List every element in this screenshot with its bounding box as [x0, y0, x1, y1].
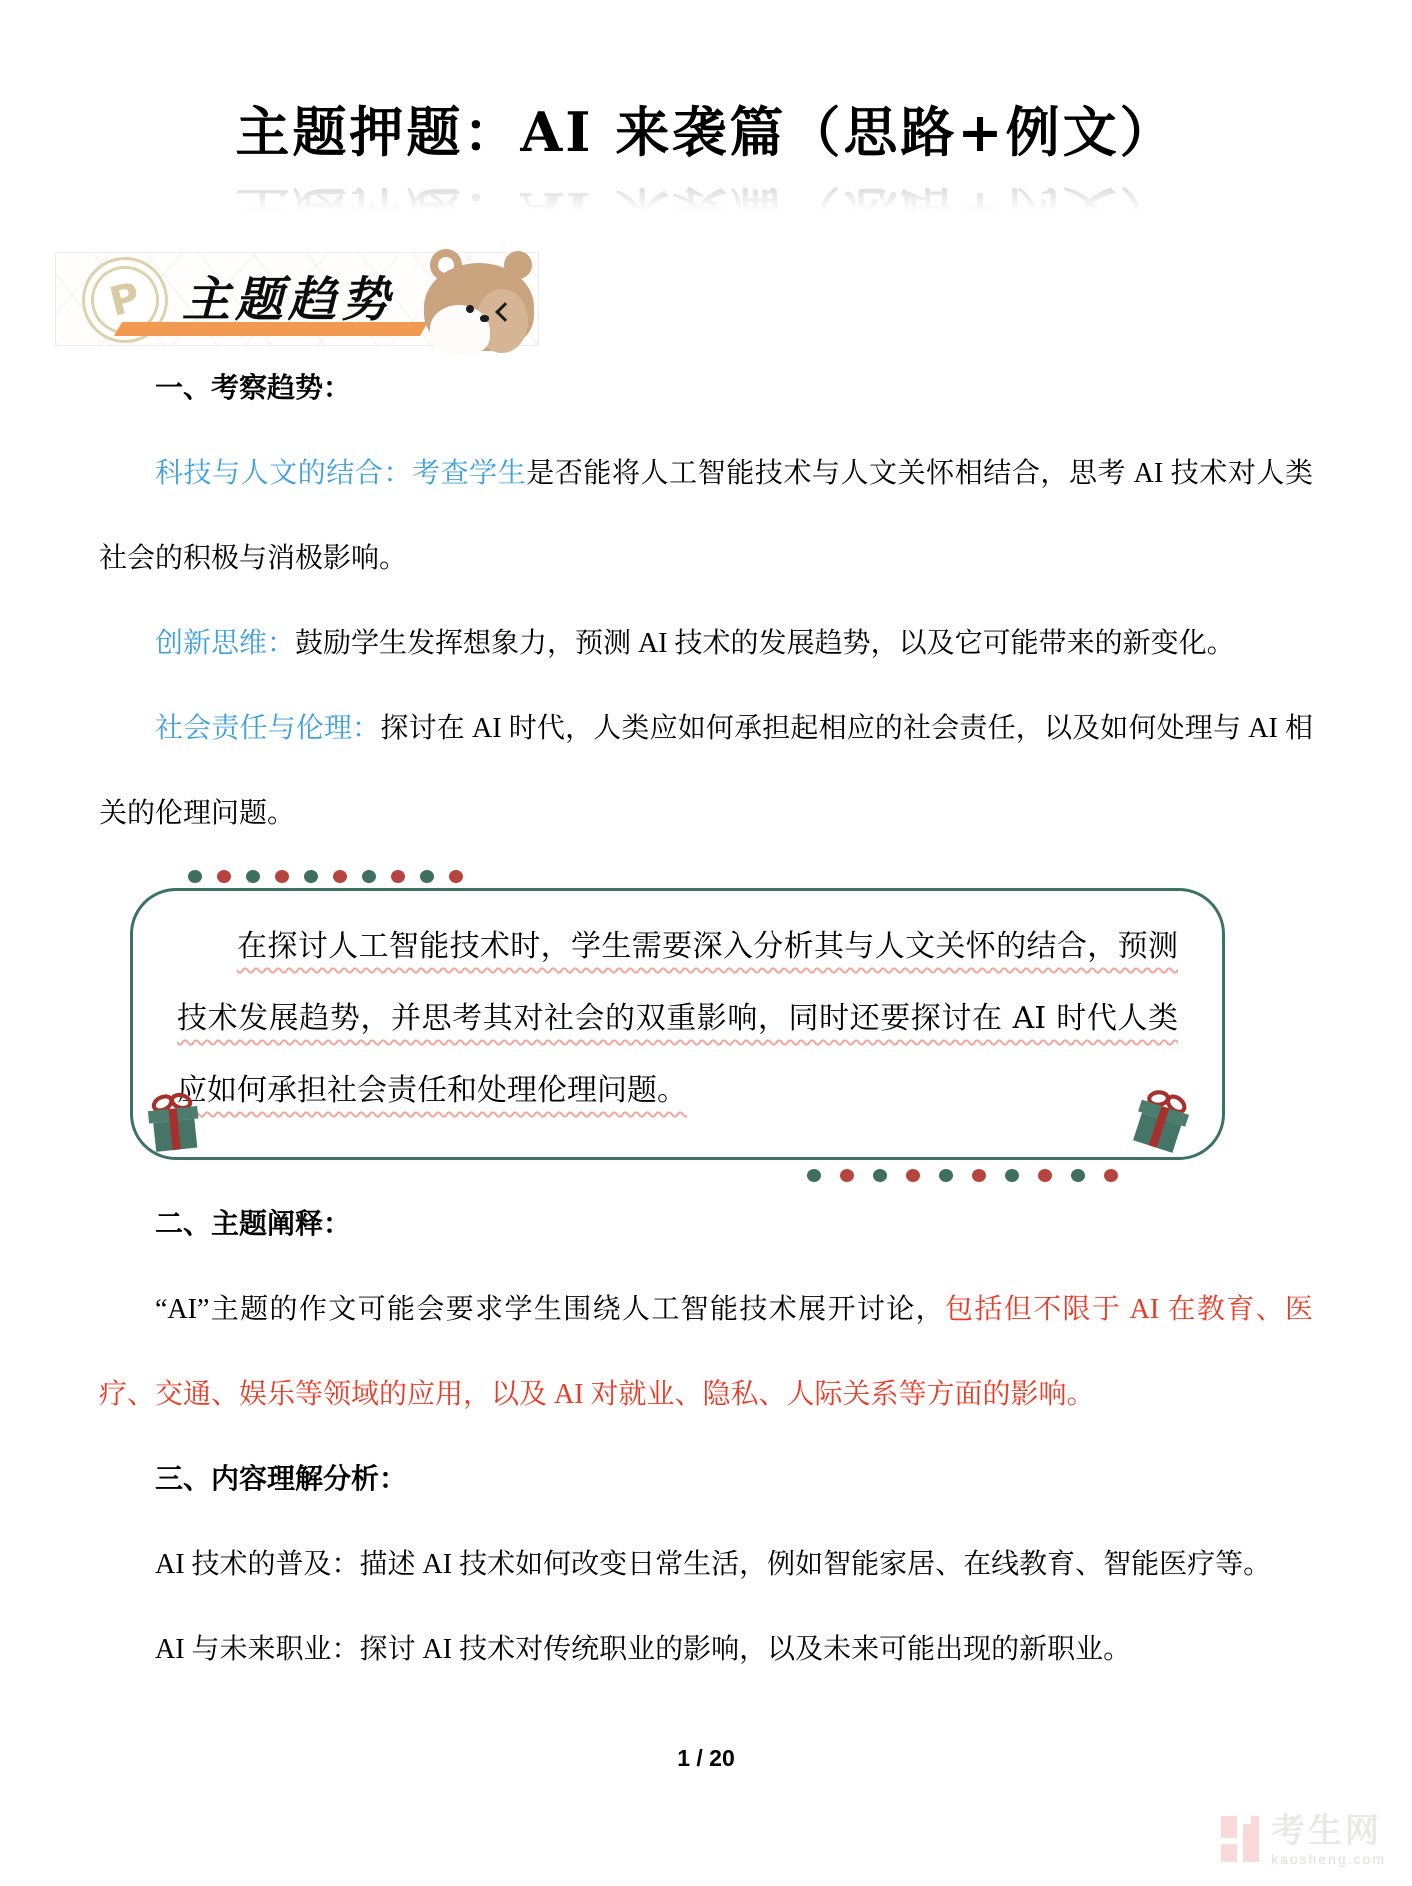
bear-mascot-icon	[420, 253, 536, 345]
paragraph-text: 鼓励学生发挥想象力，预测 AI 技术的发展趋势，以及它可能带来的新变化。	[295, 628, 1235, 659]
dot	[420, 870, 434, 883]
summary-note-box: 在探讨人工智能技术时，学生需要深入分析其与人文关怀的结合，预测技术发展趋势，并思…	[130, 888, 1225, 1160]
bear-muzzle	[430, 305, 490, 355]
dot	[1005, 1169, 1019, 1182]
paragraph-theme-explanation: “AI”主题的作文可能会要求学生围绕人工智能技术展开讨论，包括但不限于 AI 在…	[99, 1267, 1313, 1437]
page-number: 1 / 20	[0, 1745, 1412, 1772]
dot	[217, 870, 231, 883]
paragraph-lead-blue: 科技与人文的结合：考查学生	[155, 458, 526, 489]
dotted-divider-bottom	[807, 1169, 1412, 1182]
dot	[246, 870, 260, 883]
paragraph-tech-humanities: 科技与人文的结合：考查学生是否能将人工智能技术与人文关怀相结合，思考 AI 技术…	[99, 431, 1313, 601]
dotted-divider-top	[188, 870, 1412, 883]
title-block: 主题押题：AI 来袭篇（思路+例文） 主题押题：AI 来袭篇（思路+例文）	[0, 92, 1412, 216]
dot	[304, 870, 318, 883]
dot	[906, 1169, 920, 1182]
watermark-text: 考生网 kaosheng.com	[1271, 1814, 1386, 1866]
bear-head	[424, 263, 534, 351]
dot	[1104, 1169, 1118, 1182]
dot	[873, 1169, 887, 1182]
section-heading-theme-explanation: 二、主题阐释：	[99, 1182, 1313, 1267]
dot	[391, 870, 405, 883]
paragraph-ai-future-jobs: AI 与未来职业：探讨 AI 技术对传统职业的影响，以及未来可能出现的新职业。	[99, 1607, 1313, 1692]
dot	[362, 870, 376, 883]
dot	[449, 870, 463, 883]
document-body: 一、考察趋势： 科技与人文的结合：考查学生是否能将人工智能技术与人文关怀相结合，…	[0, 346, 1412, 856]
paragraph-text: “AI”主题的作文可能会要求学生围绕人工智能技术展开讨论，	[155, 1294, 945, 1325]
document-body-lower: 二、主题阐释： “AI”主题的作文可能会要求学生围绕人工智能技术展开讨论，包括但…	[0, 1182, 1412, 1692]
site-watermark: 考生网 kaosheng.com	[1221, 1814, 1386, 1866]
watermark-site-domain: kaosheng.com	[1271, 1852, 1386, 1866]
topic-trend-banner: P 主题趋势	[55, 252, 539, 346]
title-reflection: 主题押题：AI 来袭篇（思路+例文）	[0, 172, 1412, 216]
section-heading-content-analysis: 三、内容理解分析：	[99, 1437, 1313, 1522]
watermark-logo-icon	[1221, 1814, 1261, 1864]
dot	[1038, 1169, 1052, 1182]
paragraph-social-responsibility: 社会责任与伦理：探讨在 AI 时代，人类应如何承担起相应的社会责任，以及如何处理…	[99, 686, 1313, 856]
dot	[840, 1169, 854, 1182]
section-heading-exam-trends: 一、考察趋势：	[99, 346, 1313, 431]
p-coin-icon: P	[73, 248, 177, 352]
dot	[939, 1169, 953, 1182]
paragraph-lead-blue: 社会责任与伦理：	[155, 713, 380, 744]
paragraph-ai-popularization: AI 技术的普及：描述 AI 技术如何改变日常生活，例如智能家居、在线教育、智能…	[99, 1522, 1313, 1607]
dot	[275, 870, 289, 883]
page-title: 主题押题：AI 来袭篇（思路+例文）	[0, 92, 1412, 172]
gift-icon	[140, 1088, 208, 1158]
paragraph-lead-blue: 创新思维：	[155, 628, 295, 659]
dot	[1071, 1169, 1085, 1182]
dot	[807, 1169, 821, 1182]
bear-nose	[480, 315, 489, 322]
watermark-site-name: 考生网	[1271, 1814, 1386, 1848]
paragraph-innovative-thinking: 创新思维：鼓励学生发挥想象力，预测 AI 技术的发展趋势，以及它可能带来的新变化…	[99, 601, 1313, 686]
banner-label: 主题趋势	[182, 261, 394, 330]
bear-eye	[466, 305, 474, 313]
dot	[188, 870, 202, 883]
note-box-text: 在探讨人工智能技术时，学生需要深入分析其与人文关怀的结合，预测技术发展趋势，并思…	[177, 911, 1178, 1127]
title-reflection-text: 主题押题：AI 来袭篇（思路+例文）	[0, 172, 1412, 216]
dot	[972, 1169, 986, 1182]
dot	[333, 870, 347, 883]
